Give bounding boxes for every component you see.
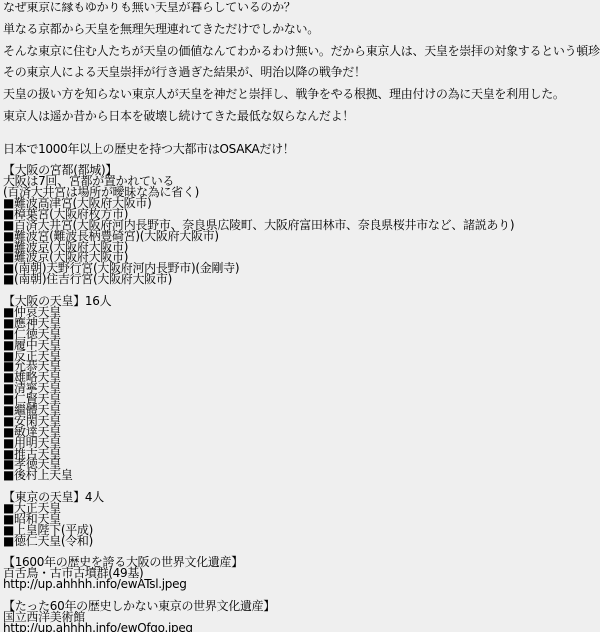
list-item: ■安閑天皇 — [3, 416, 600, 427]
list-item: ■敏達天皇 — [3, 427, 600, 438]
section-heading: 【たった60年の歴史しかない東京の世界文化遺産】 — [3, 601, 600, 612]
list-item: ■反正天皇 — [3, 351, 600, 362]
list-item: ■履中天皇 — [3, 340, 600, 351]
url-line: http://up.ahhhh.info/ewATsl.jpeg — [3, 579, 600, 590]
list-item: ■徳仁天皇(令和) — [3, 536, 600, 547]
paragraph-line: 単なる京都から天皇を無理矢理連れてきただけでしかない。 — [3, 24, 600, 35]
list-item: ■大正天皇 — [3, 503, 600, 514]
list-item: ■後村上天皇 — [3, 470, 600, 481]
list-item: ■仁賢天皇 — [3, 394, 600, 405]
list-item: ■雄略天皇 — [3, 372, 600, 383]
list-item: ■允恭天皇 — [3, 361, 600, 372]
section-heading: 【東京の天皇】4人 — [3, 492, 600, 503]
paragraph-line: その東京人による天皇崇拝が行き過ぎた結果が、明治以降の戦争だ！ — [3, 67, 600, 78]
paragraph-line: なぜ東京に縁もゆかりも無い天皇が暮らしているのか？ — [3, 2, 600, 13]
post-body: なぜ東京に縁もゆかりも無い天皇が暮らしているのか？単なる京都から天皇を無理矢理連… — [3, 2, 600, 632]
paragraph-line: そんな東京に住む人たちが天皇の価値なんてわかるわけ無い。だから東京人は、天皇を崇… — [3, 46, 600, 57]
blank-line — [3, 122, 600, 133]
list-item: ■孝徳天皇 — [3, 459, 600, 470]
list-item: ■繼體天皇 — [3, 405, 600, 416]
list-item: ■用明天皇 — [3, 438, 600, 449]
list-item: ■推古天皇 — [3, 449, 600, 460]
url-line: http://up.ahhhh.info/ewOfgo.jpeg — [3, 623, 600, 632]
list-item: ■仲哀天皇 — [3, 307, 600, 318]
paragraph-line: 天皇の扱い方を知らない東京人が天皇を神だと崇拝し、戦争をやる根拠、理由付けの為に… — [3, 89, 600, 100]
claim-line: 日本で1000年以上の歴史を持つ大都市はOSAKAだけ！ — [3, 144, 600, 155]
list-item: ■清寧天皇 — [3, 383, 600, 394]
list-item: ■仁徳天皇 — [3, 329, 600, 340]
list-item: ■(南朝)住吉行宮(大阪府大阪市) — [3, 274, 600, 285]
section-heading: 【大阪の天皇】16人 — [3, 296, 600, 307]
list-item: ■應神天皇 — [3, 318, 600, 329]
paragraph-line: 東京人は遥か昔から日本を破壊し続けてきた最低な奴らなんだよ！ — [3, 111, 600, 122]
